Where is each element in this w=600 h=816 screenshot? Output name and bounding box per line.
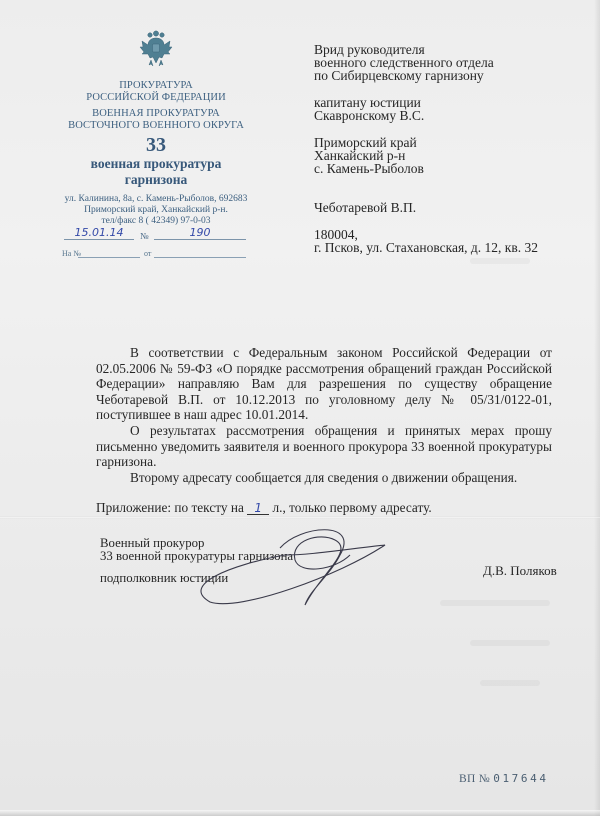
serial-label: ВП № <box>459 773 490 785</box>
address-line2: Приморский край, Ханкайский р-н. <box>56 205 256 216</box>
body-paragraph: О результатах рассмотрения обращения и п… <box>96 423 552 470</box>
registration-number: 190 <box>154 226 246 240</box>
reference-number-blank <box>78 257 140 258</box>
serial-number: 017644 <box>493 772 548 785</box>
unit-name-line1: военная прокуратура <box>56 156 256 172</box>
address-line1: ул. Калинина, 8а, с. Камень-Рыболов, 692… <box>56 194 256 205</box>
bleed-through-mark <box>470 640 550 646</box>
handwritten-signature <box>190 520 420 610</box>
unit-name-line2: гарнизона <box>56 172 256 188</box>
letterhead-address: ул. Калинина, 8а, с. Камень-Рыболов, 692… <box>56 194 256 227</box>
reference-row: На № от <box>56 249 256 261</box>
dept-name-line2: ВОСТОЧНОГО ВОЕННОГО ОКРУГА <box>56 120 256 132</box>
first-addressee-name: капитану юстиции Скавронскому В.С. <box>314 96 574 122</box>
registration-number-label: № <box>140 231 149 241</box>
russian-coat-of-arms-icon <box>139 30 173 68</box>
street-address: г. Псков, ул. Стахановская, д. 12, кв. 3… <box>314 241 574 254</box>
address-line: с. Камень-Рыболов <box>314 162 574 175</box>
second-addressee: Чеботаревой В.П. <box>314 201 574 214</box>
body-paragraph: Второму адресату сообщается для сведения… <box>96 470 552 486</box>
attachment-prefix: Приложение: по тексту на <box>96 500 244 515</box>
attachment-suffix: л., только первому адресату. <box>273 500 432 515</box>
page-edge-shadow <box>594 0 600 816</box>
body-paragraph: В соответствии с Федеральным законом Рос… <box>96 345 552 423</box>
first-addressee-address: Приморский край Ханкайский р-н с. Камень… <box>314 136 574 175</box>
attachment-note: Приложение: по тексту на 1 л., только пе… <box>96 500 432 516</box>
dept-name-line1: ВОЕННАЯ ПРОКУРАТУРА <box>56 108 256 120</box>
addressee-name: Скавронскому В.С. <box>314 109 574 122</box>
addressees-block: Врид руководителя военного следственного… <box>314 43 574 268</box>
reference-date-blank <box>154 257 246 258</box>
bleed-through-mark <box>480 680 540 686</box>
letter-page: ПРОКУРАТУРА РОССИЙСКОЙ ФЕДЕРАЦИИ ВОЕННАЯ… <box>0 0 600 816</box>
bleed-through-mark <box>440 600 550 606</box>
first-addressee-position: Врид руководителя военного следственного… <box>314 43 574 82</box>
registration-row: 15.01.14 № 190 <box>56 229 256 243</box>
second-addressee-address: 180004, г. Псков, ул. Стахановская, д. 1… <box>314 228 574 254</box>
paper-fold-line <box>0 516 600 519</box>
page-bottom-edge <box>0 810 600 816</box>
letterhead: ПРОКУРАТУРА РОССИЙСКОЙ ФЕДЕРАЦИИ ВОЕННАЯ… <box>56 30 256 261</box>
signatory-name: Д.В. Поляков <box>483 563 557 579</box>
org-name-line1: ПРОКУРАТУРА <box>56 80 256 92</box>
addressee-line: по Сибирцевскому гарнизону <box>314 69 574 82</box>
registration-date: 15.01.14 <box>64 226 134 240</box>
attachment-sheet-count: 1 <box>247 502 269 515</box>
unit-number: 33 <box>56 134 256 156</box>
reference-date-label: от <box>144 249 151 258</box>
org-name-line2: РОССИЙСКОЙ ФЕДЕРАЦИИ <box>56 92 256 104</box>
second-addressee-name: Чеботаревой В.П. <box>314 201 574 214</box>
form-serial: ВП № 017644 <box>459 772 549 785</box>
letter-body: В соответствии с Федеральным законом Рос… <box>96 345 552 485</box>
